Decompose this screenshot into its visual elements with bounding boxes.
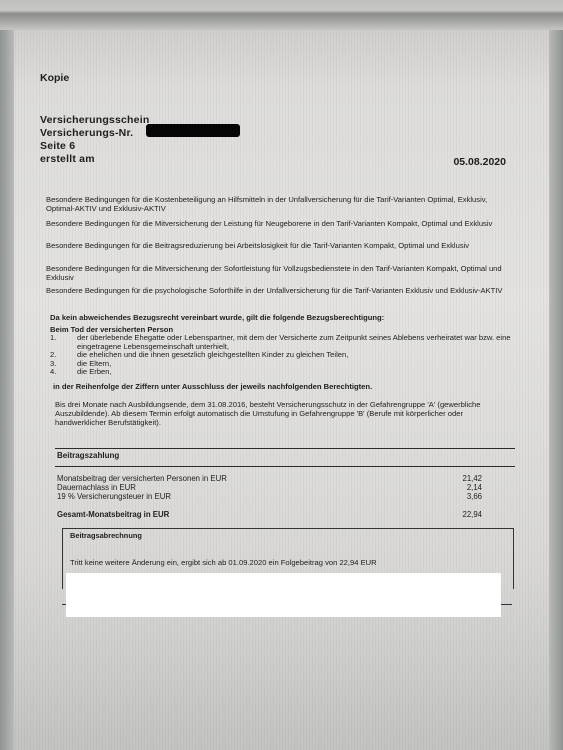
billing-heading: Beitragsabrechnung (70, 531, 142, 540)
redacted-policy-number (146, 124, 240, 137)
payment-heading: Beitragszahlung (57, 451, 119, 460)
payment-row-label: Dauernachlass in EUR (57, 483, 136, 492)
created-date: 05.08.2020 (453, 156, 506, 168)
condition-item: Besondere Bedingungen für die Beitragsre… (46, 241, 516, 250)
beneficiary-item: 1.der überlebende Ehegatte oder Lebenspa… (50, 334, 515, 351)
insurance-document: Kopie Versicherungsschein Versicherungs-… (0, 0, 563, 750)
section-divider (55, 448, 515, 449)
beneficiary-closing: in der Reihenfolge der Ziffern unter Aus… (53, 382, 523, 391)
beneficiary-item: 3.die Eltern, (50, 360, 515, 369)
payment-row-label: 19 % Versicherungsteuer in EUR (57, 492, 171, 501)
copy-label: Kopie (40, 72, 69, 84)
condition-item: Besondere Bedingungen für die Kostenbete… (46, 195, 516, 214)
created-label: erstellt am (40, 153, 95, 165)
condition-item: Besondere Bedingungen für die psychologi… (46, 286, 516, 295)
redacted-area (66, 573, 501, 617)
policy-number-label: Versicherungs-Nr. (40, 127, 133, 139)
beneficiary-item: 4.die Erben, (50, 368, 515, 377)
page-number: Seite 6 (40, 140, 75, 152)
document-title: Versicherungsschein (40, 114, 149, 126)
total-label: Gesamt-Monatsbeitrag in EUR (57, 510, 169, 519)
payment-row-label: Monatsbeitrag der versicherten Personen … (57, 474, 227, 483)
billing-text: Tritt keine weitere Änderung ein, ergibt… (70, 558, 377, 567)
risk-group-note: Bis drei Monate nach Ausbildungsende, de… (55, 401, 510, 427)
beneficiary-item: 2.die ehelichen und die ihnen gesetzlich… (50, 351, 515, 360)
payment-row-value: 2,14 (467, 483, 482, 492)
section-divider (55, 466, 515, 467)
payment-row-value: 3,66 (467, 492, 482, 501)
beneficiary-list: 1.der überlebende Ehegatte oder Lebenspa… (50, 334, 515, 377)
total-value: 22,94 (462, 510, 482, 519)
payment-row-value: 21,42 (462, 474, 482, 483)
condition-item: Besondere Bedingungen für die Mitversich… (46, 219, 516, 228)
beneficiary-intro: Da kein abweichendes Bezugsrecht vereinb… (50, 313, 520, 322)
condition-item: Besondere Bedingungen für die Mitversich… (46, 264, 516, 283)
